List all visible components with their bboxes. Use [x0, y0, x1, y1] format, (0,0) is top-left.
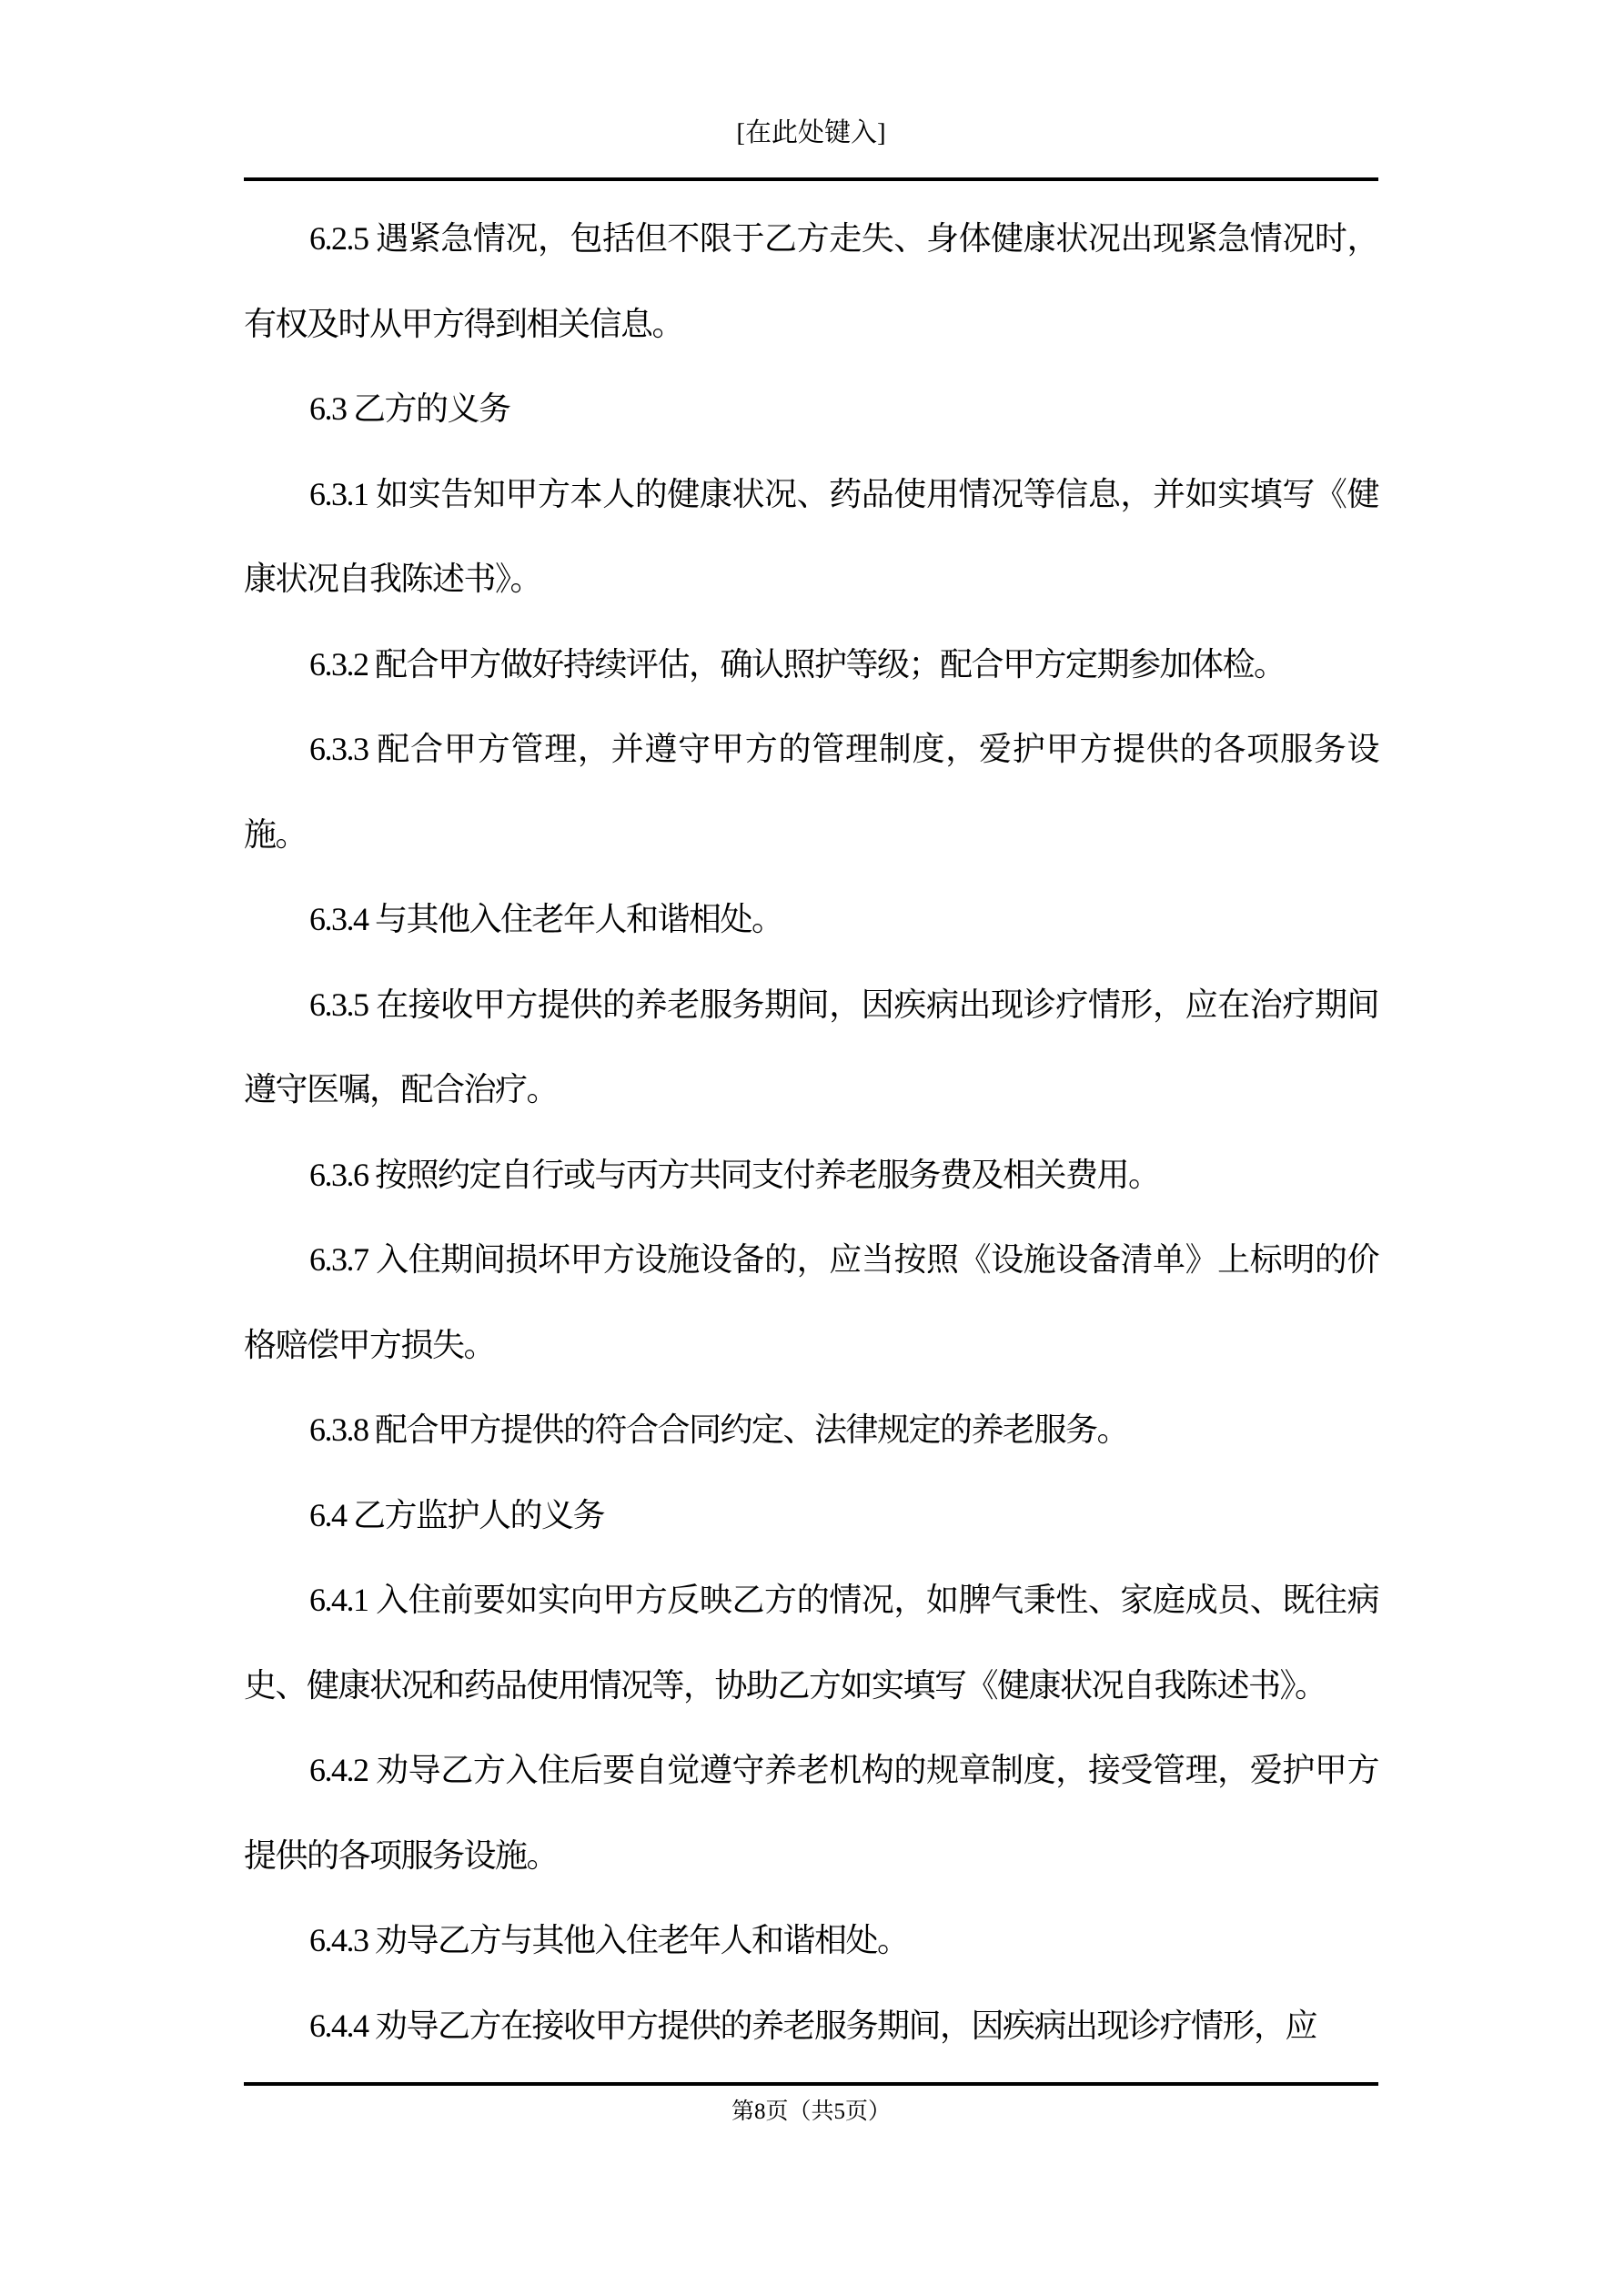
paragraph: 6.3.3 配合甲方管理，并遵守甲方的管理制度，爱护甲方提供的各项服务设施。: [244, 707, 1378, 877]
paragraph: 6.4.2 劝导乙方入住后要自觉遵守养老机构的规章制度，接受管理，爱护甲方提供的…: [244, 1728, 1378, 1898]
paragraph: 6.3.5 在接收甲方提供的养老服务期间，因疾病出现诊疗情形，应在治疗期间遵守医…: [244, 963, 1378, 1133]
document-body: 6.2.5 遇紧急情况，包括但不限于乙方走失、身体健康状况出现紧急情况时，有权及…: [244, 197, 1378, 2068]
paragraph: 6.2.5 遇紧急情况，包括但不限于乙方走失、身体健康状况出现紧急情况时，有权及…: [244, 197, 1378, 367]
paragraph: 6.4 乙方监护人的义务: [244, 1473, 1378, 1559]
paragraph: 6.4.4 劝导乙方在接收甲方提供的养老服务期间，因疾病出现诊疗情形，应: [244, 1984, 1378, 2069]
header-rule: [244, 177, 1378, 181]
paragraph: 6.3.2 配合甲方做好持续评估，确认照护等级；配合甲方定期参加体检。: [244, 622, 1378, 708]
paragraph: 6.3 乙方的义务: [244, 367, 1378, 452]
header-placeholder-text: [在此处键入]: [244, 116, 1378, 149]
paragraph: 6.3.6 按照约定自行或与丙方共同支付养老服务费及相关费用。: [244, 1133, 1378, 1219]
footer-rule: [244, 2082, 1378, 2086]
paragraph: 6.4.1 入住前要如实向甲方反映乙方的情况，如脾气秉性、家庭成员、既往病史、健…: [244, 1558, 1378, 1728]
paragraph: 6.3.8 配合甲方提供的符合合同约定、法律规定的养老服务。: [244, 1388, 1378, 1473]
paragraph: 6.3.4 与其他入住老年人和谐相处。: [244, 877, 1378, 963]
paragraph: 6.3.1 如实告知甲方本人的健康状况、药品使用情况等信息，并如实填写《健康状况…: [244, 452, 1378, 622]
document-page: [在此处键入] 6.2.5 遇紧急情况，包括但不限于乙方走失、身体健康状况出现紧…: [0, 0, 1624, 2296]
paragraph: 6.3.7 入住期间损坏甲方设施设备的，应当按照《设施设备清单》上标明的价格赔偿…: [244, 1218, 1378, 1388]
paragraph: 6.4.3 劝导乙方与其他入住老年人和谐相处。: [244, 1898, 1378, 1984]
page-number: 第8页（共5页）: [244, 2098, 1378, 2127]
